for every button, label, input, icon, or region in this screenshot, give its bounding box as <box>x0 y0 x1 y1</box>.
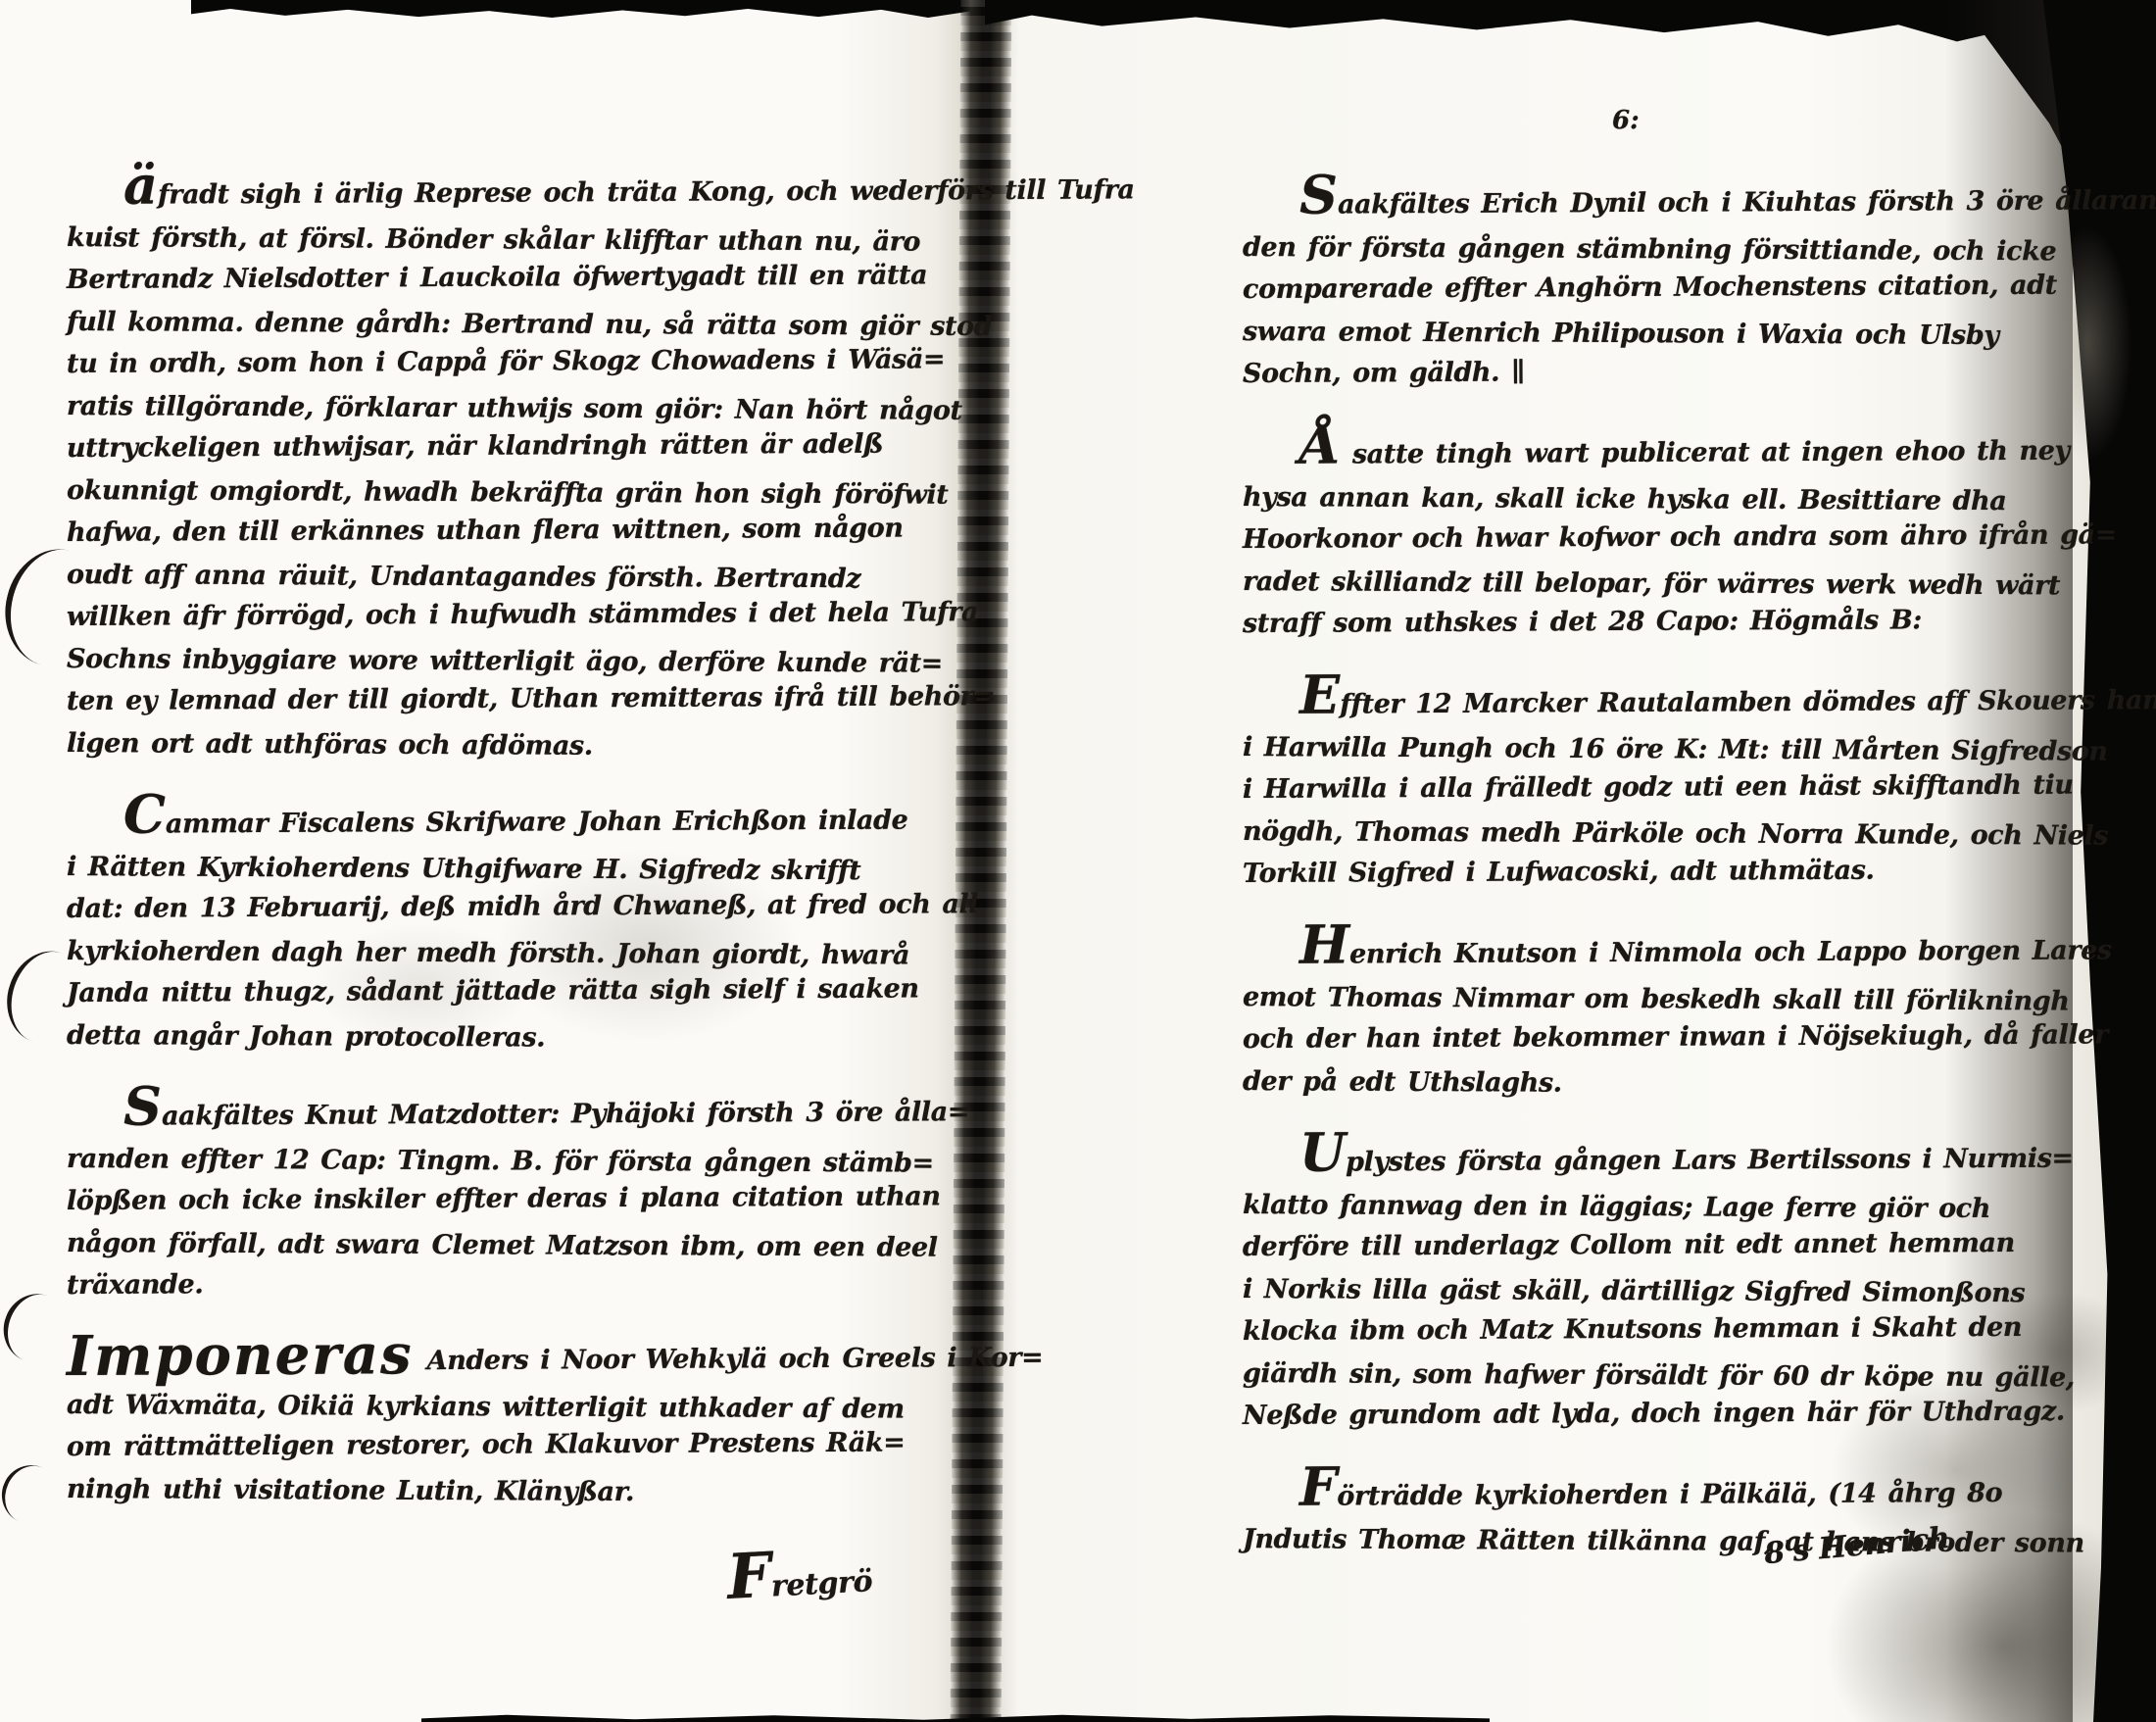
manuscript-line: detta angår Johan protocolleras. <box>67 1014 944 1061</box>
manuscript-line: i Harwilla i alla frälledt godz uti een … <box>1243 764 2041 811</box>
scan-edge-mottle <box>2029 176 2146 549</box>
manuscript-line: ningh uthi visitatione Lutin, Klänyßar. <box>67 1468 944 1515</box>
manuscript-line: ImponerasAnders i Noor Wehkylä och Greel… <box>67 1331 944 1384</box>
left-page-text: äfradt sigh i ärlig Represe och träta Ko… <box>67 165 944 1540</box>
manuscript-line: Sochn, om gäldh. ∥ <box>1243 349 2041 395</box>
manuscript-line: willken äfr förrögd, och i hufwudh stämm… <box>67 591 944 638</box>
manuscript-line: derföre till underlagz Collom nit edt an… <box>1243 1222 2041 1268</box>
book-gutter <box>951 0 1012 1722</box>
manuscript-line: Å satte tingh wart publicerat at ingen e… <box>1243 420 2041 476</box>
manuscript-line: Janda nittu thugz, sådant jättade rätta … <box>67 967 944 1014</box>
manuscript-line: ligen ort adt uthföras och afdömas. <box>67 722 944 769</box>
manuscript-line: Saakfältes Knut Matzdotter: Pyhäjoki för… <box>67 1081 944 1138</box>
right-page-text: Saakfältes Erich Dynil och i Kiuhtas för… <box>1243 174 2041 1590</box>
manuscript-line: dat: den 13 Februarij, deß midh ård Chwa… <box>67 883 944 930</box>
catchword: Fretgrö <box>725 1533 873 1613</box>
manuscript-line: Bertrandz Nielsdotter i Lauckoila öfwert… <box>67 254 944 301</box>
manuscript-line: om rättmätteligen restorer, och Klakuvor… <box>67 1421 944 1468</box>
manuscript-line: löpßen och icke inskiler effter deras i … <box>67 1175 944 1222</box>
paragraph: Uplystes första gången Lars Bertilssons … <box>1243 1132 2041 1437</box>
manuscript-line: Neßde grundom adt lyda, doch ingen här f… <box>1243 1391 2041 1437</box>
paragraph: Effter 12 Marcker Rautalamben dömdes aff… <box>1243 674 2041 895</box>
manuscript-line: comparerade effter Anghörn Mochenstens c… <box>1243 265 2041 311</box>
paragraph: Saakfältes Knut Matzdotter: Pyhäjoki för… <box>67 1086 944 1306</box>
manuscript-line: tu in ordh, som hon i Cappå för Skogz Ch… <box>67 338 944 385</box>
manuscript-line: Uplystes första gången Lars Bertilssons … <box>1243 1128 2041 1184</box>
manuscript-line: Torkill Sigfred i Lufwacoski, adt uthmät… <box>1243 849 2041 895</box>
manuscript-line: Förträdde kyrkioherden i Pälkälä, (14 åh… <box>1243 1462 2041 1518</box>
manuscript-line: klocka ibm och Matz Knutsons hemman i Sk… <box>1243 1306 2041 1353</box>
page-number: 6: <box>1612 106 1640 135</box>
manuscript-scan: 6: äfradt sigh i ärlig Represe och träta… <box>0 0 2156 1722</box>
paragraph: Å satte tingh wart publicerat at ingen e… <box>1243 424 2041 645</box>
manuscript-line: Henrich Knutson i Nimmola och Lappo borg… <box>1243 920 2041 976</box>
manuscript-line: och der han intet bekommer inwan i Nöjse… <box>1243 1014 2041 1060</box>
paragraph: ImponerasAnders i Noor Wehkylä och Greel… <box>67 1336 944 1510</box>
paragraph: äfradt sigh i ärlig Represe och träta Ko… <box>67 165 944 764</box>
manuscript-line: Saakfältes Erich Dynil och i Kiuhtas för… <box>1243 171 2041 226</box>
manuscript-line: Hoorkonor och hwar kofwor och andra som … <box>1243 515 2041 561</box>
section-lead-word: Imponeras <box>67 1322 414 1389</box>
manuscript-line: Effter 12 Marcker Rautalamben dömdes aff… <box>1243 670 2041 726</box>
paragraph: Henrich Knutson i Nimmola och Lappo borg… <box>1243 924 2041 1103</box>
manuscript-line: uttryckeligen uthwijsar, när klandringh … <box>67 422 944 469</box>
manuscript-line: äfradt sigh i ärlig Represe och träta Ko… <box>67 160 944 217</box>
paragraph: Cammar Fiscalens Skrifware Johan Erichßo… <box>67 794 944 1057</box>
manuscript-line: ten ey lemnad der till giordt, Uthan rem… <box>67 675 944 722</box>
paragraph: Saakfältes Erich Dynil och i Kiuhtas för… <box>1243 174 2041 395</box>
manuscript-line: träxande. <box>67 1259 944 1306</box>
manuscript-line: hafwa, den till erkännes uthan flera wit… <box>67 507 944 554</box>
manuscript-line: der på edt Uthslaghs. <box>1243 1060 2041 1107</box>
manuscript-line: Cammar Fiscalens Skrifware Johan Erichßo… <box>67 789 944 846</box>
manuscript-line: straff som uthskes i det 28 Capo: Högmål… <box>1243 599 2041 645</box>
